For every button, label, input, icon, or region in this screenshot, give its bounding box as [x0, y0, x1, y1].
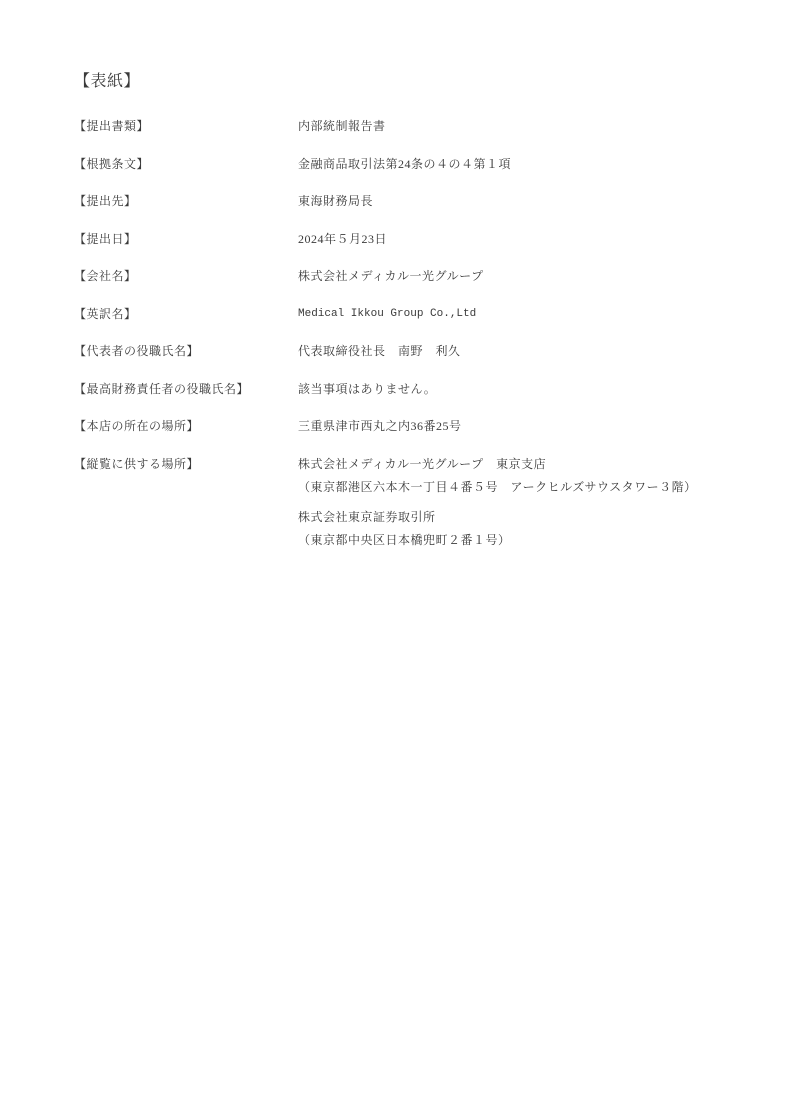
field-value: 株式会社メディカル一光グループ 東京支店 （東京都港区六本木一丁目４番５号 アー…: [298, 456, 740, 548]
field-row-head-office: 【本店の所在の場所】 三重県津市西丸之内36番25号: [74, 418, 740, 434]
field-label: 【提出日】: [74, 231, 298, 247]
field-value: 東海財務局長: [298, 193, 740, 209]
page-title: 【表紙】: [74, 72, 740, 92]
field-value: 代表取締役社長 南野 利久: [298, 343, 740, 359]
field-row-english-name: 【英訳名】 Medical Ikkou Group Co.,Ltd: [74, 306, 740, 322]
field-label: 【縦覧に供する場所】: [74, 456, 298, 472]
document-page: 【表紙】 【提出書類】 内部統制報告書 【根拠条文】 金融商品取引法第24条の４…: [0, 0, 790, 1118]
inspection-place-address: （東京都港区六本木一丁目４番５号 アークヒルズサウスタワー３階）: [298, 479, 740, 495]
field-label: 【代表者の役職氏名】: [74, 343, 298, 359]
field-row-cfo: 【最高財務責任者の役職氏名】 該当事項はありません。: [74, 381, 740, 397]
field-label: 【提出先】: [74, 193, 298, 209]
field-value: 金融商品取引法第24条の４の４第１項: [298, 156, 740, 172]
field-row-submission-date: 【提出日】 2024年５月23日: [74, 231, 740, 247]
inspection-place-address: （東京都中央区日本橋兜町２番１号）: [298, 532, 740, 548]
inspection-place-group: 株式会社東京証券取引所 （東京都中央区日本橋兜町２番１号）: [298, 509, 740, 548]
field-row-legal-basis: 【根拠条文】 金融商品取引法第24条の４の４第１項: [74, 156, 740, 172]
field-value: Medical Ikkou Group Co.,Ltd: [298, 306, 740, 322]
inspection-place-group: 株式会社メディカル一光グループ 東京支店 （東京都港区六本木一丁目４番５号 アー…: [298, 456, 740, 495]
field-row-company-name: 【会社名】 株式会社メディカル一光グループ: [74, 268, 740, 284]
field-value: 内部統制報告書: [298, 118, 740, 134]
field-value: 株式会社メディカル一光グループ: [298, 268, 740, 284]
field-value: 該当事項はありません。: [298, 381, 740, 397]
field-label: 【根拠条文】: [74, 156, 298, 172]
field-label: 【会社名】: [74, 268, 298, 284]
field-row-inspection-places: 【縦覧に供する場所】 株式会社メディカル一光グループ 東京支店 （東京都港区六本…: [74, 456, 740, 548]
field-rows: 【提出書類】 内部統制報告書 【根拠条文】 金融商品取引法第24条の４の４第１項…: [74, 118, 740, 548]
field-label: 【最高財務責任者の役職氏名】: [74, 381, 298, 397]
field-label: 【提出書類】: [74, 118, 298, 134]
field-value: 三重県津市西丸之内36番25号: [298, 418, 740, 434]
field-row-representative: 【代表者の役職氏名】 代表取締役社長 南野 利久: [74, 343, 740, 359]
field-row-submitted-to: 【提出先】 東海財務局長: [74, 193, 740, 209]
field-row-submitted-document: 【提出書類】 内部統制報告書: [74, 118, 740, 134]
field-label: 【英訳名】: [74, 306, 298, 322]
field-label: 【本店の所在の場所】: [74, 418, 298, 434]
inspection-place-name: 株式会社東京証券取引所: [298, 509, 740, 525]
inspection-place-name: 株式会社メディカル一光グループ 東京支店: [298, 456, 740, 472]
field-value: 2024年５月23日: [298, 231, 740, 247]
